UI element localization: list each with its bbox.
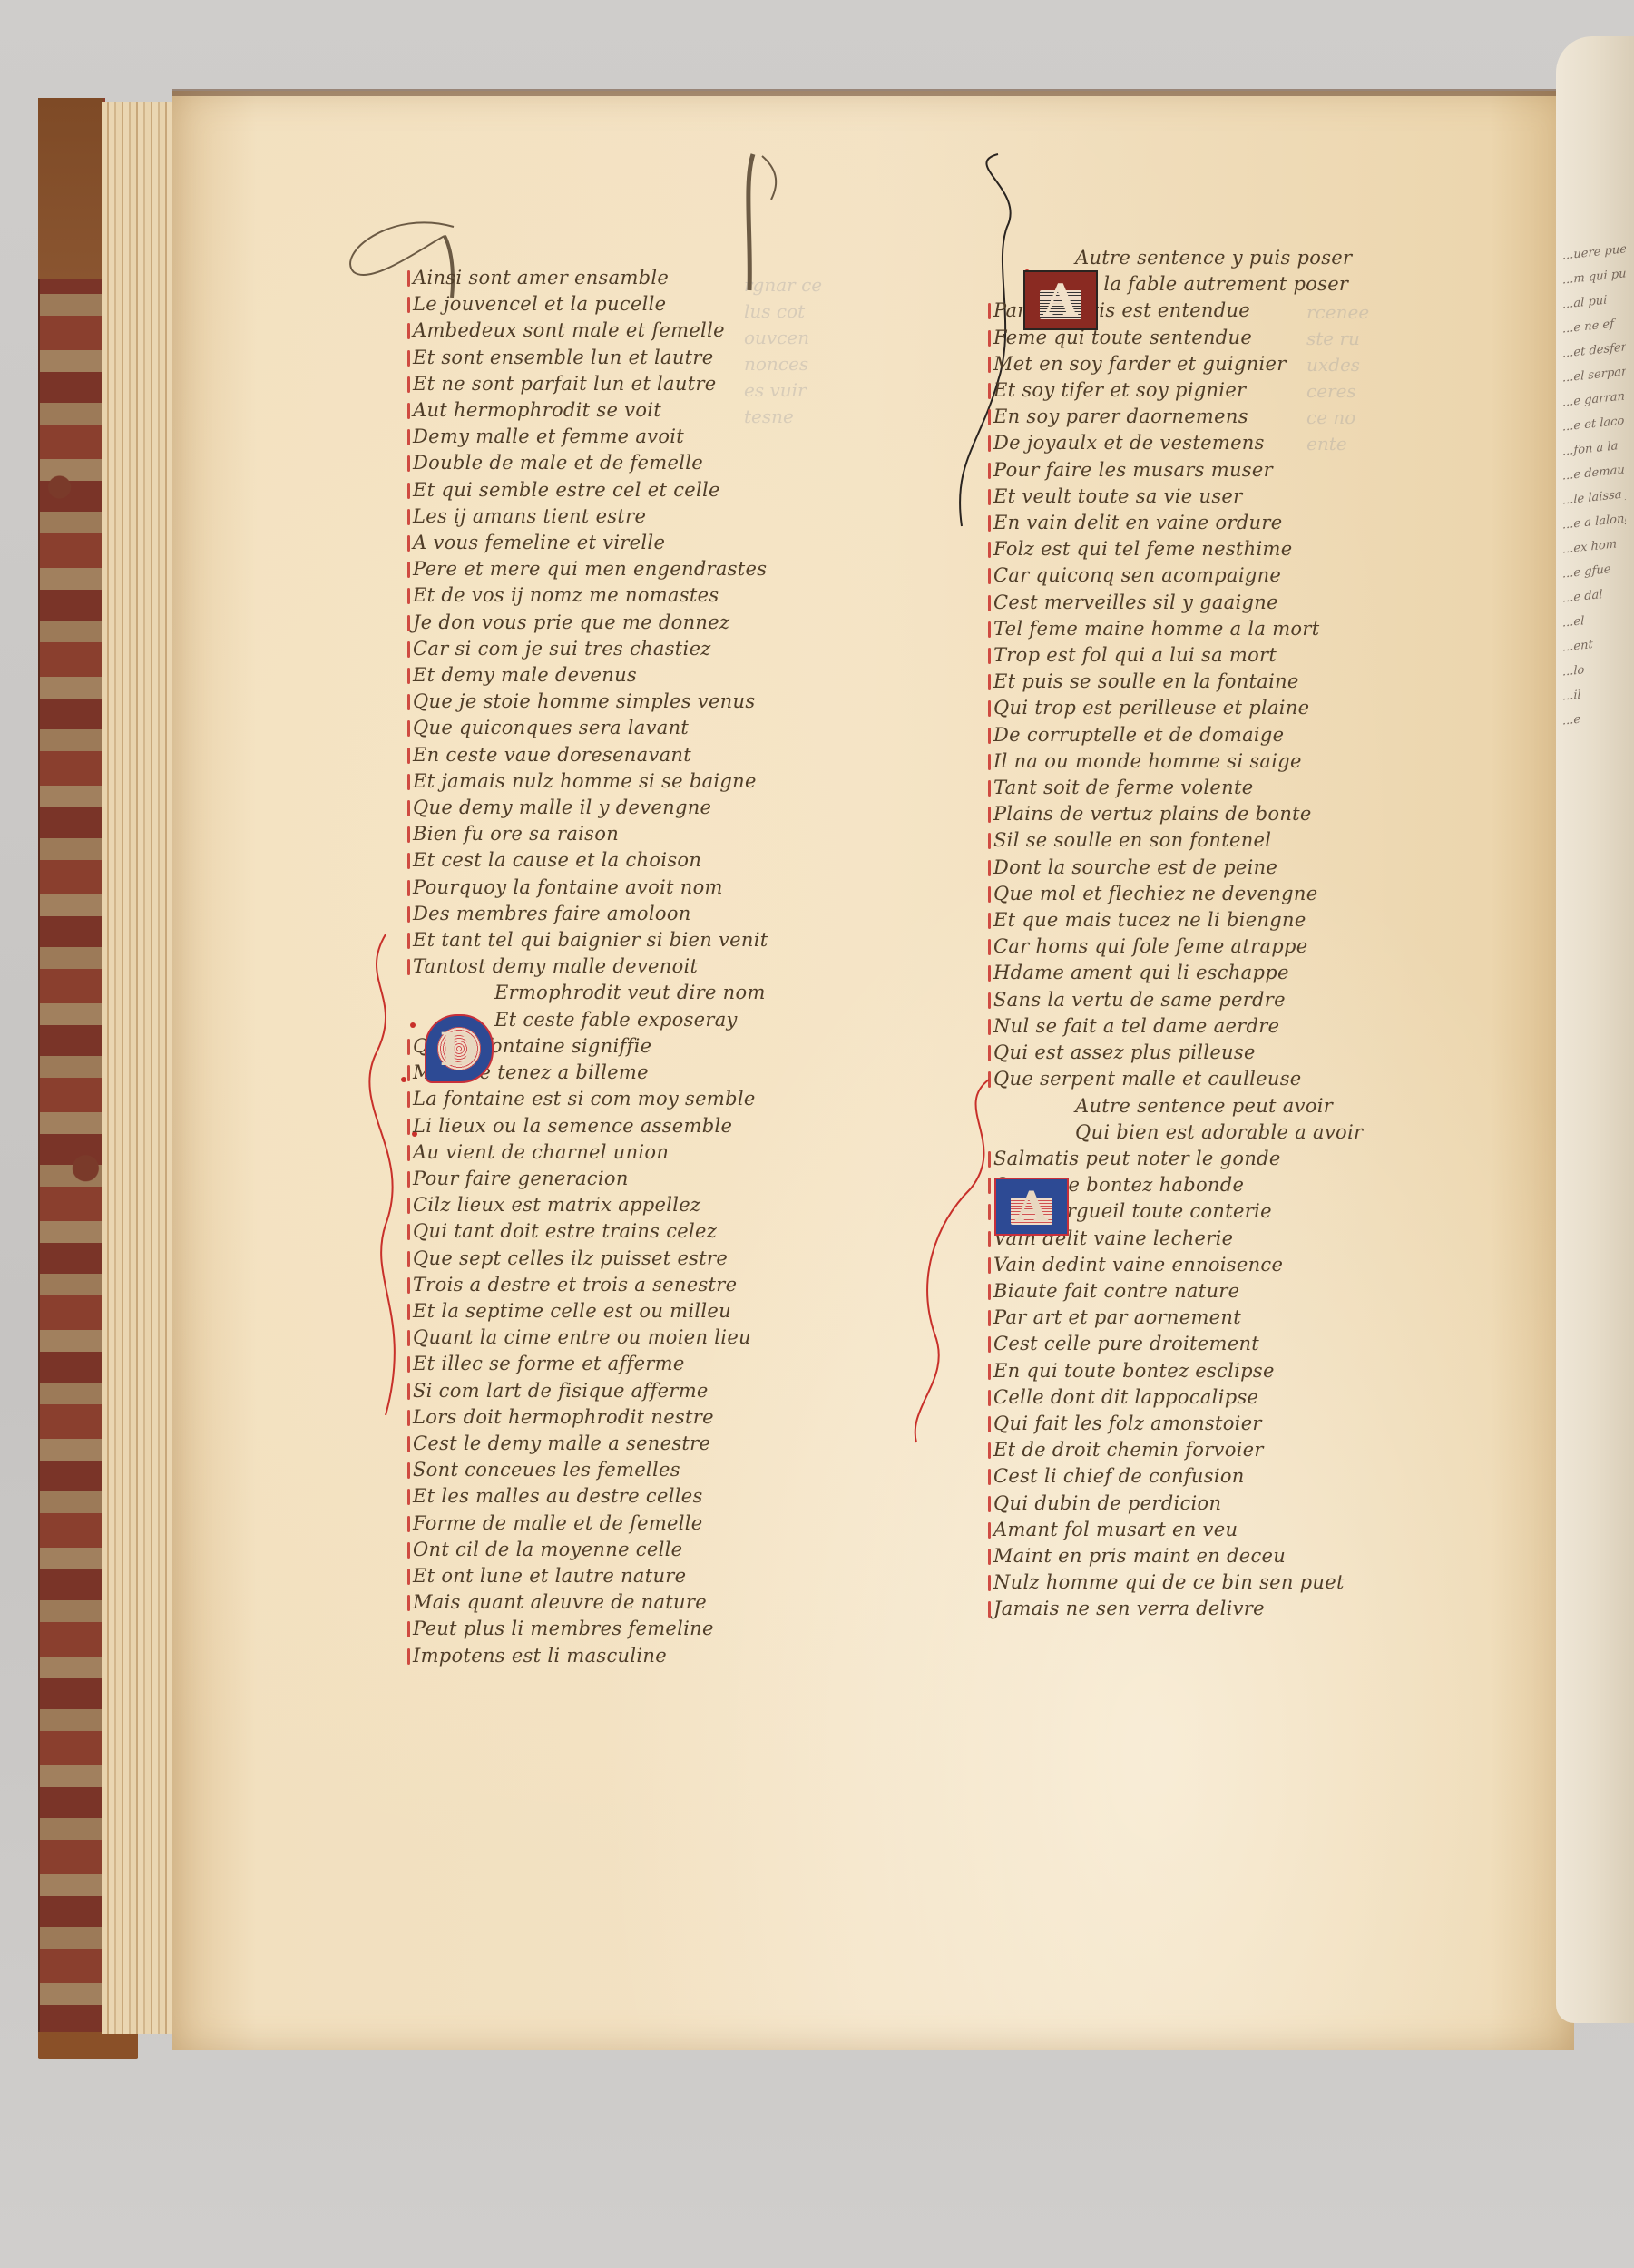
verse-line: Et de vos ij nomz me nomastes	[413, 582, 839, 609]
verse-line: Et cest la cause et la choison	[413, 847, 839, 874]
verse-line: Tel feme maine homme a la mort	[993, 616, 1447, 642]
verse-line: Je don vous prie que me donnez	[413, 610, 839, 636]
verse-line: Si com lart de fisique afferme	[413, 1378, 839, 1404]
verse-line: Et que mais tucez ne li biengne	[993, 907, 1447, 934]
verse-line: Pere et mere qui men engendrastes	[413, 556, 839, 582]
verse-line: Nul se fait a tel dame aerdre	[993, 1013, 1447, 1040]
verse-line: Et tant tel qui baignier si bien venit	[413, 927, 839, 953]
verse-line: En qui toute bontez esclipse	[993, 1358, 1447, 1384]
verse-line: Folz est qui tel feme nesthime	[993, 536, 1447, 562]
verse-line: En vain delit en vaine ordure	[993, 510, 1447, 536]
verse-line: Trois a destre et trois a senestre	[413, 1272, 839, 1298]
verse-line: Autre sentence y puis poser	[993, 245, 1447, 271]
book-binding-cover	[38, 98, 105, 2044]
verse-line: Met en soy farder et guignier	[993, 351, 1447, 377]
verse-line: Il na ou monde homme si saige	[993, 748, 1447, 775]
verse-line: Forme de malle et de femelle	[413, 1510, 839, 1537]
red-pen-flourish	[898, 1070, 1007, 1452]
verse-line: Et la septime celle est ou milleu	[413, 1298, 839, 1325]
verse-line: Et sont ensemble lun et lautre	[413, 345, 839, 371]
verse-line: La fontaine est si com moy semble	[413, 1086, 839, 1112]
verse-line: Qui tant doit estre trains celez	[413, 1218, 839, 1245]
verse-line: Cest li chief de confusion	[993, 1463, 1447, 1490]
verse-line: Que quiconques sera lavant	[413, 715, 839, 741]
verse-line: Impotens est li masculine	[413, 1643, 839, 1669]
verse-line: Et jamais nulz homme si se baigne	[413, 768, 839, 795]
verse-line: Au vient de charnel union	[413, 1139, 839, 1166]
verse-line: Et les malles au destre celles	[413, 1483, 839, 1510]
verse-line: Li lieux ou la semence assemble	[413, 1113, 839, 1139]
verse-line: Le jouvencel et la pucelle	[413, 291, 839, 318]
verse-line: Sil se soulle en son fontenel	[993, 827, 1447, 854]
verse-line: Que demy malle il y devengne	[413, 795, 839, 821]
verse-line: Que serpent malle et caulleuse	[993, 1066, 1447, 1092]
illuminated-initial-a-top: A	[1023, 270, 1098, 330]
verse-line: Que je stoie homme simples venus	[413, 689, 839, 715]
verse-line: Ambedeux sont male et femelle	[413, 318, 839, 344]
verse-line: Double de male et de femelle	[413, 450, 839, 476]
verse-line: Celle dont dit lappocalipse	[993, 1384, 1447, 1411]
page-top-edge	[172, 89, 1574, 96]
verse-line: Et demy male devenus	[413, 662, 839, 689]
verse-line: Qui fait les folz amonstoier	[993, 1411, 1447, 1437]
verse-line: Que sept celles ilz puisset estre	[413, 1246, 839, 1272]
verse-line: Mais quant aleuvre de nature	[413, 1589, 839, 1616]
verse-line: Aut hermophrodit se voit	[413, 397, 839, 424]
verse-line: Cest merveilles sil y gaaigne	[993, 590, 1447, 616]
verse-line: Peut plus li membres femeline	[413, 1616, 839, 1642]
verse-line: Quant la cime entre ou moien lieu	[413, 1325, 839, 1351]
verse-line: Car quiconq sen acompaigne	[993, 562, 1447, 589]
verse-line: Trop est fol qui a lui sa mort	[993, 642, 1447, 669]
verse-line: Qui bien est adorable a avoir	[993, 1119, 1447, 1146]
verse-line: Sans la vertu de same perdre	[993, 987, 1447, 1013]
verse-line: Ont cil de la moyenne celle	[413, 1537, 839, 1563]
illuminated-initial-d: D	[425, 1014, 494, 1083]
verse-line: De joyaulx et de vestemens	[993, 430, 1447, 456]
verse-line: Hdame ament qui li eschappe	[993, 960, 1447, 986]
verse-line: Cest celle pure droitement	[993, 1331, 1447, 1357]
verse-line: Vain dedint vaine ennoisence	[993, 1252, 1447, 1278]
verse-line: Plains de vertuz plains de bonte	[993, 801, 1447, 827]
verse-line: Demy malle et femme avoit	[413, 424, 839, 450]
verse-line: Maint en pris maint en deceu	[993, 1543, 1447, 1569]
verse-line: Dont la sourche est de peine	[993, 855, 1447, 881]
verse-line: Tant soit de ferme volente	[993, 775, 1447, 801]
verse-line: Car homs qui fole feme atrappe	[993, 934, 1447, 960]
verse-line: Et de droit chemin forvoier	[993, 1437, 1447, 1463]
facing-page-text: ...uere pue...m qui pui...al pui...e ne …	[1562, 237, 1626, 733]
stacked-page-edges	[102, 102, 179, 2034]
verse-line: En soy parer daornemens	[993, 404, 1447, 430]
verse-line: Par art et par aornement	[993, 1305, 1447, 1331]
leather-corner-bottom	[38, 2032, 138, 2059]
verse-line: Pourquoy la fontaine avoit nom	[413, 875, 839, 901]
verse-line: Sont conceues les femelles	[413, 1457, 839, 1483]
verse-line: Et ont lune et lautre nature	[413, 1563, 839, 1589]
verse-line: En ceste vaue doresenavant	[413, 742, 839, 768]
verse-line: Tantost demy malle devenoit	[413, 953, 839, 980]
verse-line: Car si com je sui tres chastiez	[413, 636, 839, 662]
verse-line: Biaute fait contre nature	[993, 1278, 1447, 1305]
verse-line: Et qui semble estre cel et celle	[413, 477, 839, 503]
verse-line: Qui est assez plus pilleuse	[993, 1040, 1447, 1066]
right-text-column: Autre sentence y puis poserEt la fable a…	[993, 245, 1447, 1623]
verse-line: Et ne sont parfait lun et lautre	[413, 371, 839, 397]
verse-line: Pour faire generacion	[413, 1166, 839, 1192]
verse-line: Pour faire les musars muser	[993, 457, 1447, 484]
verse-line: Bien fu ore sa raison	[413, 821, 839, 847]
verse-line: Ermophrodit veut dire nom	[413, 980, 839, 1006]
verse-line: Salmatis peut noter le gonde	[993, 1146, 1447, 1172]
verse-line: Amant fol musart en veu	[993, 1517, 1447, 1543]
verse-line: Et puis se soulle en la fontaine	[993, 669, 1447, 695]
verse-line: Et illec se forme et afferme	[413, 1351, 839, 1377]
left-text-column: Ainsi sont amer ensambleLe jouvencel et …	[413, 265, 839, 1669]
verse-line: Lors doit hermophrodit nestre	[413, 1404, 839, 1431]
verse-line: De corruptelle et de domaige	[993, 722, 1447, 748]
verse-line: Et veult toute sa vie user	[993, 484, 1447, 510]
verse-line: Cilz lieux est matrix appellez	[413, 1192, 839, 1218]
verse-line: Qui trop est perilleuse et plaine	[993, 695, 1447, 721]
verse-line: Autre sentence peut avoir	[993, 1093, 1447, 1119]
verse-line: Et soy tifer et soy pignier	[993, 377, 1447, 404]
verse-line: Cest le demy malle a senestre	[413, 1431, 839, 1457]
leather-spine-top	[38, 98, 103, 279]
verse-line: Les ij amans tient estre	[413, 503, 839, 530]
verse-line: Nulz homme qui de ce bin sen puet	[993, 1569, 1447, 1596]
verse-line: Jamais ne sen verra delivre	[993, 1596, 1447, 1622]
verse-line: Ainsi sont amer ensamble	[413, 265, 839, 291]
verse-line: A vous femeline et virelle	[413, 530, 839, 556]
verse-line: Des membres faire amoloon	[413, 901, 839, 927]
illuminated-initial-a-lower: A	[994, 1178, 1069, 1236]
verse-line: Que mol et flechiez ne devengne	[993, 881, 1447, 907]
verse-line: Qui dubin de perdicion	[993, 1491, 1447, 1517]
